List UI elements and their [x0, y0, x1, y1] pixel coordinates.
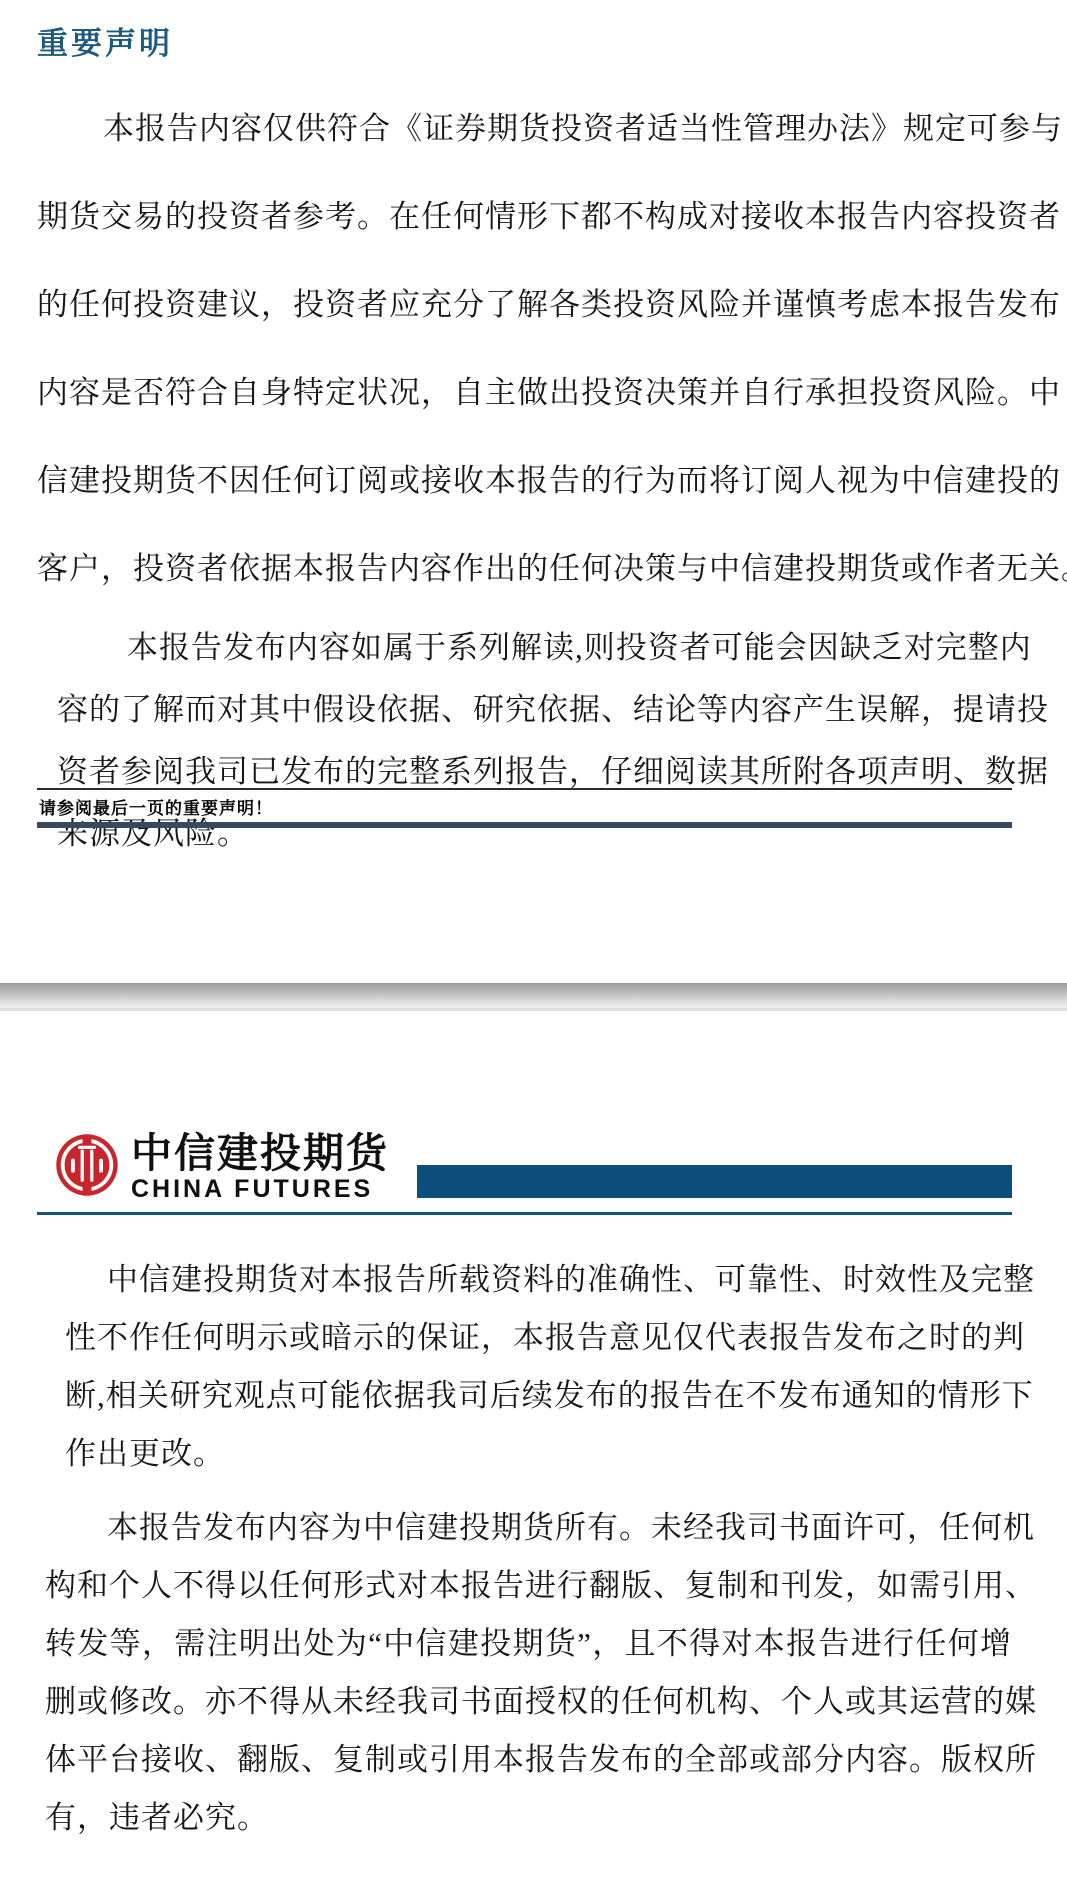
- citic-logo-icon: [55, 1133, 119, 1197]
- paragraph-line: 体平台接收、翻版、复制或引用本报告发布的全部或部分内容。版权所: [45, 1731, 1012, 1789]
- paragraph-line: 本报告发布内容为中信建投期货所有。未经我司书面许可，任何机: [45, 1499, 1012, 1557]
- copyright-paragraph-1: 中信建投期货对本报告所载资料的准确性、可靠性、时效性及完整 性不作任何明示或暗示…: [37, 1251, 1012, 1483]
- disclaimer-paragraph-1: 本报告内容仅供符合《证券期货投资者适当性管理办法》规定可参与 期货交易的投资者参…: [37, 85, 1012, 613]
- brand-name-en: CHINA FUTURES: [131, 1177, 389, 1202]
- paragraph-line: 客户，投资者依据本报告内容作出的任何决策与中信建投期货或作者无关。: [37, 525, 1012, 613]
- paragraph-line: 信建投期货不因任何订阅或接收本报告的行为而将订阅人视为中信建投的: [37, 437, 1012, 525]
- paragraph-line: 构和个人不得以任何形式对本报告进行翻版、复制和刊发，如需引用、: [45, 1557, 1012, 1615]
- disclaimer-page: 重要声明 本报告内容仅供符合《证券期货投资者适当性管理办法》规定可参与 期货交易…: [0, 0, 1067, 983]
- paragraph-line: 删或修改。亦不得从未经我司书面授权的任何机构、个人或其运营的媒: [45, 1673, 1012, 1731]
- paragraph-line: 断,相关研究观点可能依据我司后续发布的报告在不发布通知的情形下: [65, 1367, 1012, 1425]
- paragraph-line: 内容是否符合自身特定状况，自主做出投资决策并自行承担投资风险。中: [37, 349, 1012, 437]
- footer-bottom-rule: [37, 822, 1012, 828]
- paragraph-line: 性不作任何明示或暗示的保证，本报告意见仅代表报告发布之时的判: [65, 1309, 1012, 1367]
- footer-note: 请参阅最后一页的重要声明！: [37, 790, 1012, 822]
- paragraph-line: 本报告内容仅供符合《证券期货投资者适当性管理办法》规定可参与: [37, 85, 1012, 173]
- paragraph-line: 的任何投资建议，投资者应充分了解各类投资风险并谨慎考虑本报告发布: [37, 261, 1012, 349]
- brand-accent-bar: [417, 1165, 1012, 1198]
- paragraph-line: 有，违者必究。: [45, 1789, 1012, 1847]
- paragraph-line: 中信建投期货对本报告所载资料的准确性、可靠性、时效性及完整: [65, 1251, 1012, 1309]
- copyright-page: 中信建投期货 CHINA FUTURES 中信建投期货对本报告所载资料的准确性、…: [0, 1011, 1067, 1878]
- copyright-paragraph-2: 本报告发布内容为中信建投期货所有。未经我司书面许可，任何机 构和个人不得以任何形…: [37, 1499, 1012, 1847]
- page-footer: 请参阅最后一页的重要声明！: [37, 788, 1012, 828]
- brand-header: 中信建投期货 CHINA FUTURES: [37, 1011, 1012, 1202]
- brand-name-cn: 中信建投期货: [131, 1133, 389, 1174]
- page-title: 重要声明: [37, 18, 1012, 63]
- brand-underline: [37, 1212, 1012, 1215]
- page-separator: [0, 983, 1067, 1011]
- paragraph-line: 本报告发布内容如属于系列解读,则投资者可能会因缺乏对完整内: [57, 617, 1012, 679]
- paragraph-line: 期货交易的投资者参考。在任何情形下都不构成对接收本报告内容投资者: [37, 173, 1012, 261]
- paragraph-line: 容的了解而对其中假设依据、研究依据、结论等内容产生误解，提请投: [57, 679, 1012, 741]
- brand-name: 中信建投期货 CHINA FUTURES: [131, 1133, 389, 1202]
- paragraph-line: 作出更改。: [65, 1425, 1012, 1483]
- paragraph-line: 转发等，需注明出处为“中信建投期货”，且不得对本报告进行任何增: [45, 1615, 1012, 1673]
